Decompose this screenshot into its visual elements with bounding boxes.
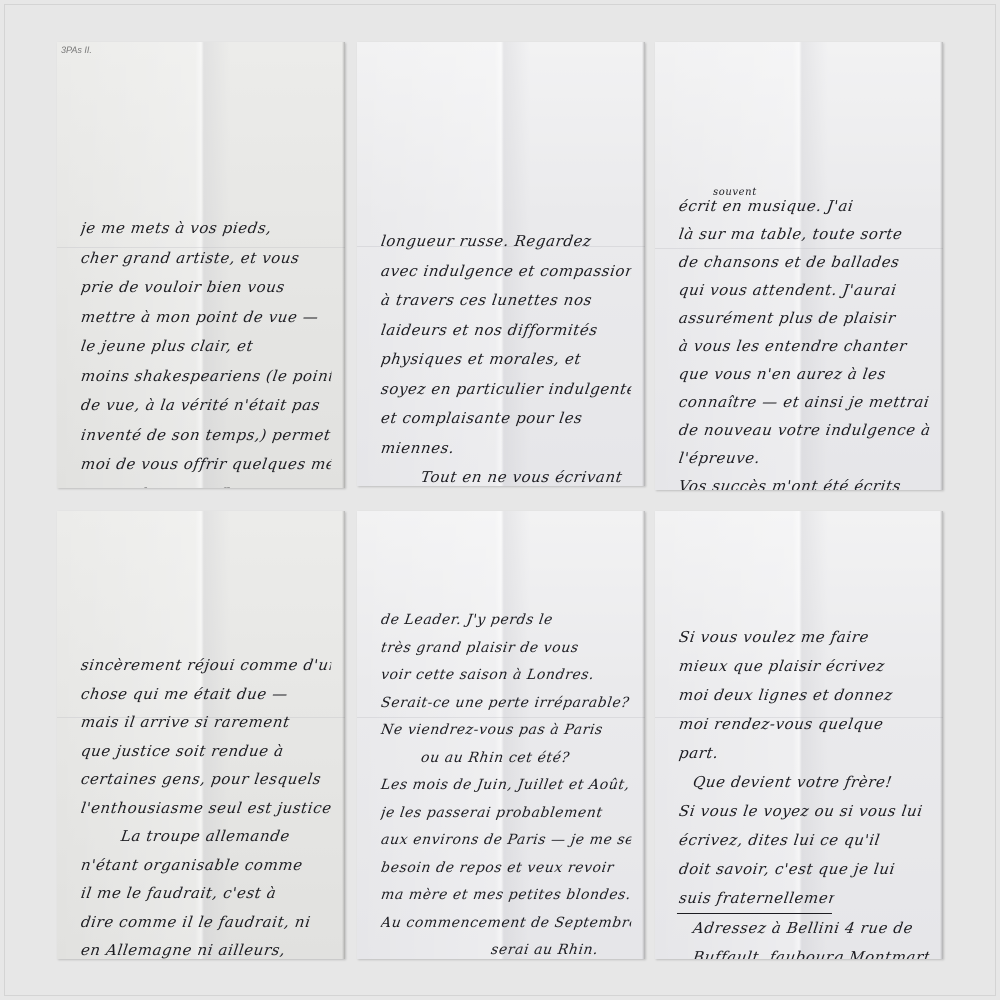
text-line: avec indulgence et compassion [379, 257, 633, 287]
text-line: physiques et morales, et [379, 345, 633, 375]
text-line: mieux que plaisir écrivez [677, 652, 931, 681]
text-line: là sur ma table, toute sorte [677, 220, 931, 248]
text-line: Les mois de Juin, Juillet et Août, [379, 772, 633, 800]
page-edge-shadow [342, 42, 345, 488]
text-line: assurément plus de plaisir [677, 304, 931, 332]
address-line: Adressez à Bellini 4 rue de [677, 914, 931, 943]
text-line: qui vous attendent. J'aurai [677, 276, 931, 304]
text-line: moi deux lignes et donnez [677, 681, 931, 710]
text-line: que vous n'en aurez à les [677, 360, 931, 388]
text-line: inventé de son temps,) permettez [79, 421, 333, 451]
text-line: je les passerai probablement [379, 800, 633, 828]
letter-page-6: Si vous voulez me faire mieux que plaisi… [655, 511, 943, 959]
text-line: de Leader. J'y perds le [379, 607, 633, 635]
text-line: l'enthousiasme seul est justice. [79, 794, 333, 823]
handwritten-text: je me mets à vos pieds, cher grand artis… [81, 214, 331, 488]
text-line: mais il arrive si rarement [79, 708, 333, 737]
text-line: La troupe allemande [79, 822, 333, 851]
text-line: ou au Rhin cet été? [379, 745, 633, 773]
text-line: serai au Rhin. [379, 937, 633, 959]
text-line: suis fraternellement dévoué. [677, 884, 836, 914]
text-line: de nouveau votre indulgence à [677, 416, 931, 444]
text-line: longueur russe. Regardez [379, 227, 633, 257]
letter-page-4: sincèrement réjoui comme d'une chose qui… [57, 511, 345, 959]
text-line: Au commencement de Septembre je [379, 910, 633, 938]
handwritten-text: de Leader. J'y perds le très grand plais… [381, 607, 631, 959]
text-line: besoin de repos et veux revoir [379, 855, 633, 883]
text-line: écrivez, dites lui ce qu'il [677, 826, 931, 855]
text-line: paires de pantoufles et un [79, 480, 333, 489]
text-line: le jeune plus clair, et [79, 332, 333, 362]
text-line: cher grand artiste, et vous [79, 244, 333, 274]
text-line: l'épreuve. [677, 444, 931, 472]
letter-page-3: souvent écrit en musique. J'ai là sur ma… [655, 42, 943, 490]
handwritten-text: souvent écrit en musique. J'ai là sur ma… [679, 188, 929, 490]
text-line: je me mets à vos pieds, [79, 214, 333, 244]
text-line: moins shakespeariens (le point [79, 362, 333, 392]
text-line: écrit en musique. J'ai [677, 192, 931, 220]
handwritten-text: sincèrement réjoui comme d'une chose qui… [81, 651, 331, 959]
text-line: Que devient votre frère! [677, 768, 931, 797]
text-line: que justice soit rendue à [79, 737, 333, 766]
text-line: en Allemagne ni ailleurs, [79, 936, 333, 959]
text-line: ma mère et mes petites blondes. [379, 882, 633, 910]
text-line: et complaisante pour les [379, 404, 633, 434]
text-line: soyez en particulier indulgente [379, 375, 633, 405]
text-line: à vous les entendre chanter [677, 332, 931, 360]
text-line: à travers ces lunettes nos [379, 286, 633, 316]
text-line: moi de vous offrir quelques méchantes [79, 450, 333, 480]
text-line: sincèrement réjoui comme d'une [79, 651, 333, 680]
archive-mark: 3PAs II. [61, 45, 92, 55]
text-line: dire comme il le faudrait, ni [79, 908, 333, 937]
page-edge-shadow [342, 511, 345, 959]
page-edge-shadow [940, 42, 943, 490]
handwritten-text: longueur russe. Regardez avec indulgence… [381, 227, 631, 486]
letter-page-5: de Leader. J'y perds le très grand plais… [357, 511, 645, 959]
text-line: Si vous le voyez ou si vous lui [677, 797, 931, 826]
letter-page-2: longueur russe. Regardez avec indulgence… [357, 42, 645, 486]
text-line: Ne viendrez-vous pas à Paris [379, 717, 633, 745]
text-line: laideurs et nos difformités [379, 316, 633, 346]
text-line: moi rendez-vous quelque [677, 710, 931, 739]
text-line: de vue, à la vérité n'était pas [79, 391, 333, 421]
text-line: connaître — et ainsi je mettrai [677, 388, 931, 416]
text-line: Serait-ce une perte irréparable? [379, 690, 633, 718]
address-line: Buffault, faubourg Montmartre [677, 943, 931, 959]
handwritten-text: Si vous voulez me faire mieux que plaisi… [679, 623, 929, 959]
text-line: chose qui me était due — [79, 680, 333, 709]
text-line: très grand plaisir de vous [379, 635, 633, 663]
text-line: Vos succès m'ont été écrits [677, 472, 931, 490]
text-line: Si vous voulez me faire [677, 623, 931, 652]
text-line: mettre à mon point de vue — [79, 303, 333, 333]
text-line: miennes. [379, 434, 633, 464]
text-line: Tout en ne vous écrivant [379, 463, 633, 486]
page-edge-shadow [940, 511, 943, 959]
page-edge-shadow [642, 511, 645, 959]
text-line: prie de vouloir bien vous [79, 273, 333, 303]
letter-page-1: 3PAs II. je me mets à vos pieds, cher gr… [57, 42, 345, 488]
text-line: certaines gens, pour lesquels [79, 765, 333, 794]
text-line: aux environs de Paris — je me sens un ex… [379, 827, 633, 855]
text-line: il me le faudrait, c'est à [79, 879, 333, 908]
text-line: voir cette saison à Londres. [379, 662, 633, 690]
text-line: n'étant organisable comme [79, 851, 333, 880]
page-edge-shadow [642, 42, 645, 486]
text-line: part. [677, 739, 931, 768]
text-line: doit savoir, c'est que je lui [677, 855, 931, 884]
text-line: de chansons et de ballades [677, 248, 931, 276]
